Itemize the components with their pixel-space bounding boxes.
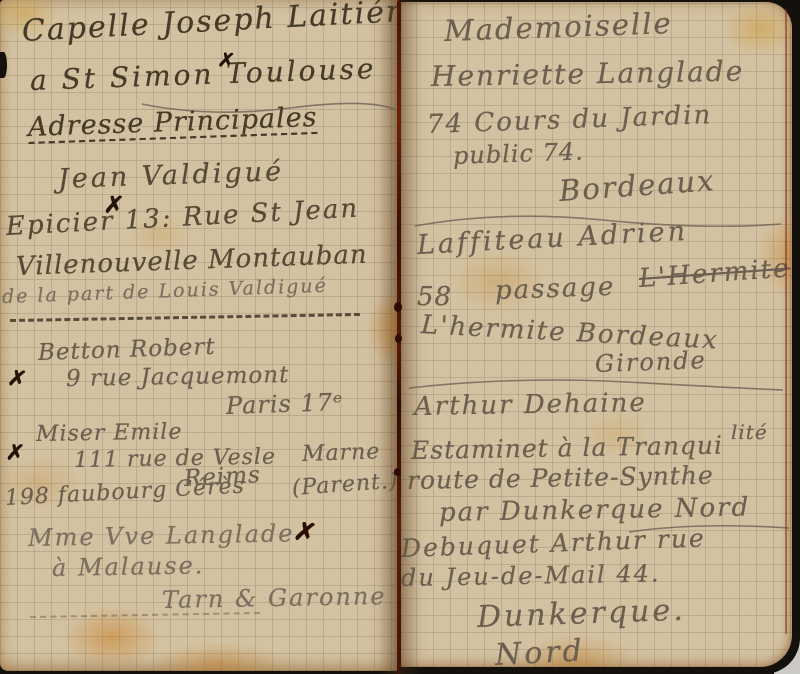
handwritten-name-capelle: Capelle Joseph Laitiér [21, 0, 399, 49]
handwritten-name-valdigue: Jean Valdigué [57, 156, 284, 195]
binding-knot [394, 468, 401, 476]
handwritten-sup-dehaine: lité [731, 420, 768, 444]
handwritten-passage-laffiteau: passage [494, 272, 615, 306]
handwritten-line2-debuquet: du Jeu-de-Mail 44. [401, 559, 661, 592]
handwritten-street-betton: 9 rue Jacquemont [66, 362, 290, 392]
handwritten-title-mademoiselle: Mademoiselle [443, 6, 673, 48]
handwritten-city-capelle: a St Simon Toulouse [29, 52, 377, 97]
handwritten-city-betton: Paris 17ᵉ [226, 388, 344, 420]
dashed-separator-faint [30, 612, 260, 618]
x-mark: ✗ [6, 365, 29, 394]
handwritten-city-debuquet: Dunkerque. [476, 593, 686, 635]
handwritten-name-betton: Betton Robert [38, 334, 217, 366]
handwritten-header-adresse: Adresse Principales [27, 102, 318, 143]
handwritten-dept-debuquet: Nord [494, 633, 586, 667]
x-mark: ✗ [103, 189, 126, 220]
handwritten-name-miser: Miser Emile [36, 419, 183, 447]
page-left: Capelle Joseph Laitiér a St Simon Toulou… [0, 0, 399, 671]
handwritten-name-laffiteau: Laffiteau Adrien [416, 216, 689, 261]
cover-edge-line [785, 8, 787, 634]
handwritten-street-henriette: 74 Cours du Jardin [426, 100, 712, 140]
x-mark: ✗ [291, 516, 319, 550]
dashed-separator [10, 313, 360, 322]
handwritten-street2-henriette: public 74. [453, 137, 585, 170]
x-mark: ✗ [216, 47, 236, 73]
handwritten-line1-dehaine: Estaminet à la Tranqui [411, 431, 724, 465]
handwritten-number-laffiteau: 58 [417, 282, 452, 312]
handwritten-line2-dehaine: route de Petite-Synthe [407, 461, 714, 495]
binding-knot [394, 302, 402, 312]
notebook-spread: Capelle Joseph Laitiér a St Simon Toulou… [0, 0, 800, 674]
handwritten-name-langlade: Mme Vve Langlade [28, 519, 295, 552]
x-mark: ✗ [5, 439, 26, 467]
handwritten-city-henriette: Bordeaux [558, 163, 717, 208]
page-right: Mademoiselle Henriette Langlade 74 Cours… [399, 2, 792, 667]
handwritten-name-henriette: Henriette Langlade [431, 55, 745, 93]
handwritten-line1-debuquet: Debuquet Arthur rue [400, 523, 706, 563]
handwritten-city-langlade: à Malause. [52, 551, 205, 582]
handwritten-dept-miser: Marne [302, 439, 381, 467]
binding-knot [395, 334, 402, 343]
cover-notch [0, 52, 7, 78]
handwritten-dept-langlade: Tarn & Garonne [162, 582, 387, 614]
handwritten-name-dehaine: Arthur Dehaine [414, 388, 647, 422]
handwritten-dept-laffiteau: Gironde [595, 346, 708, 378]
handwritten-note-miser: (Parent.) [291, 469, 399, 501]
handwritten-street2-miser: 198 faubourg Cérès [4, 473, 245, 511]
handwritten-street-valdigue: Epicier 13: Rue St Jean [5, 194, 360, 242]
handwritten-struck-hermite: L'Hermite [638, 253, 791, 294]
